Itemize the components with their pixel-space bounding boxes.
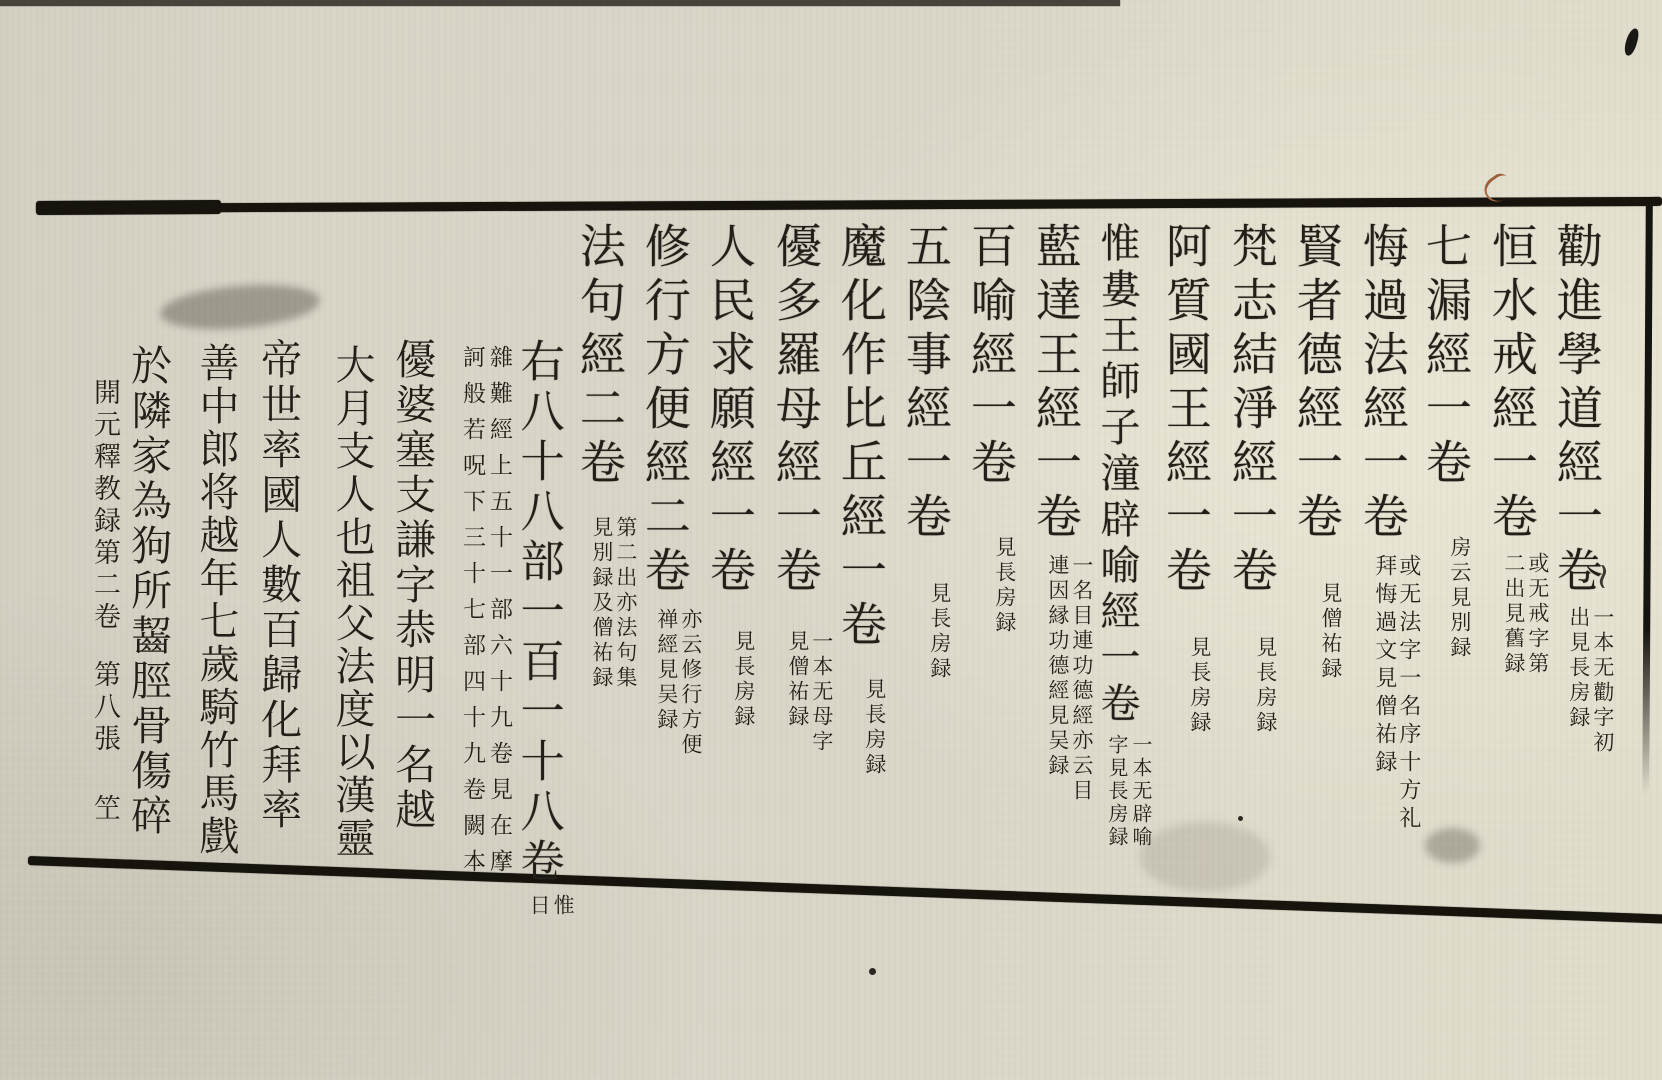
biography-col-4: 善中郎将越年七歲騎竹馬戲 (193, 342, 239, 858)
interlinear-note: 房云見別録 (1446, 536, 1470, 661)
sutra-title: 優多羅母經一卷 (769, 222, 823, 600)
interlinear-note: 見長房録 (1252, 636, 1276, 736)
biography-line: 於隣家為狗所齧脛骨傷碎 (124, 344, 172, 839)
entry-col-12: 魔化作比丘經一卷見長房録 (834, 222, 887, 778)
ink-speck (1238, 816, 1243, 821)
entry-col-4: 悔過法經一卷或无法字一名序十方礼拜悔過文見僧祐録 (1356, 222, 1419, 834)
summary-detail-line: 訶般若呪下三十七部四十九卷闕本 (458, 345, 485, 885)
sutra-title: 惟婁王師子潼辟喻經一卷 (1094, 222, 1140, 728)
biography-line: 帝世率國人數百歸化拜率 (254, 338, 302, 833)
interlinear-note: 見長房録 (926, 582, 950, 682)
interlinear-note: 惟日 (525, 894, 573, 919)
sutra-title: 五陰事經一卷 (899, 222, 953, 546)
entry-col-7: 阿質國王經一卷見長房録 (1159, 222, 1212, 736)
sutra-title: 勸進學道經一卷 (1550, 222, 1604, 600)
entry-col-5: 賢者德經一卷見僧祐録 (1290, 222, 1343, 682)
biography-line: 優婆塞支謙字恭明一名越 (388, 338, 436, 833)
sutra-title: 悔過法經一卷 (1356, 222, 1410, 546)
ink-smudge (158, 279, 321, 335)
frame-bottom-rule (28, 856, 1662, 924)
sutra-title: 百喻經一卷 (964, 222, 1018, 492)
interlinear-note: 一本无辟喻字見長房録 (1103, 734, 1151, 849)
entry-col-11: 五陰事經一卷見長房録 (899, 222, 952, 682)
biography-col-2: 大月支人也祖父法度以漢靈 (329, 344, 375, 860)
entry-col-9: 藍達王經一卷一名目連功德經亦云目連因縁功德經見吴録 (1029, 222, 1092, 804)
biography-col-3: 帝世率國人數百歸化拜率 (254, 338, 301, 833)
entry-col-2: 恒水戒經一卷或无戒字第二出見舊録 (1485, 222, 1548, 677)
colophon-mark: 笁 (89, 794, 120, 826)
sutra-title: 梵志結淨經一卷 (1225, 222, 1279, 600)
biography-col-5: 於隣家為狗所齧脛骨傷碎 (124, 344, 171, 839)
faint-smudge (1140, 822, 1270, 892)
sutra-title: 修行方便經二卷 (638, 222, 692, 600)
sutra-title: 法句經二卷 (573, 222, 627, 492)
sutra-title: 藍達王經一卷 (1029, 222, 1083, 546)
biography-line: 大月支人也祖父法度以漢靈 (329, 344, 375, 860)
manuscript-page: ~ 勸進學道經一卷一本无勸字初出見長房録 恒水戒經一卷或无戒字第二出見舊録 七漏… (0, 0, 1662, 1080)
biography-col-1: 優婆塞支謙字恭明一名越 (388, 338, 435, 833)
ink-speck (869, 968, 876, 975)
sutra-title: 七漏經一卷 (1419, 222, 1473, 492)
entry-col-15: 修行方便經二卷亦云修行方便禅經見吴録 (638, 222, 701, 758)
colophon-column: 開元釋教録第二卷第八張笁 (89, 378, 120, 826)
summary-column: 右八十八部一百一十八卷惟日 (512, 338, 573, 919)
entry-col-16: 法句經二卷第二出亦法句集見別録及僧祐録 (573, 222, 636, 691)
frame-top-rule (36, 197, 1662, 213)
interlinear-note: 見長房録 (991, 536, 1015, 636)
scan-top-edge (0, 0, 1120, 6)
frame-top-rule-left-blob (36, 200, 221, 215)
interlinear-note: 見長房録 (861, 678, 885, 778)
biography-line: 善中郎将越年七歲騎竹馬戲 (193, 342, 239, 858)
interlinear-note: 第二出亦法句集見別録及僧祐録 (588, 516, 636, 691)
sutra-title: 賢者德經一卷 (1290, 222, 1344, 546)
entry-col-14: 人民求願經一卷見長房録 (703, 222, 756, 730)
entry-col-10: 百喻經一卷見長房録 (964, 222, 1017, 636)
entry-col-6: 梵志結淨經一卷見長房録 (1225, 222, 1278, 736)
sutra-title: 恒水戒經一卷 (1485, 222, 1539, 546)
interlinear-note: 見僧祐録 (1317, 582, 1341, 682)
interlinear-note: 一本无勸字初出見長房録 (1565, 606, 1613, 756)
entry-col-1: 勸進學道經一卷一本无勸字初出見長房録 (1550, 222, 1613, 756)
summary-detail-column: 雜難經上五十一部六十九卷見在摩訶般若呪下三十七部四十九卷闕本 (458, 345, 512, 885)
interlinear-note: 見長房録 (730, 630, 754, 730)
colophon-sheet: 第八張 (89, 660, 120, 756)
interlinear-note: 一本无母字見僧祐録 (784, 630, 832, 755)
entry-col-13: 優多羅母經一卷一本无母字見僧祐録 (769, 222, 832, 755)
faint-smudge (1425, 828, 1480, 863)
interlinear-note: 一名目連功德經亦云目連因縁功德經見吴録 (1044, 554, 1092, 804)
entry-col-8: 惟婁王師子潼辟喻經一卷一本无辟喻字見長房録 (1094, 222, 1151, 849)
frame-right-rule (1642, 205, 1653, 795)
interlinear-note: 亦云修行方便禅經見吴録 (653, 608, 701, 758)
interlinear-note: 或无戒字第二出見舊録 (1500, 552, 1548, 677)
sutra-title: 魔化作比丘經一卷 (834, 222, 888, 654)
summary-detail-line: 雜難經上五十一部六十九卷見在摩 (485, 345, 512, 885)
interlinear-note: 或无法字一名序十方礼拜悔過文見僧祐録 (1371, 554, 1419, 834)
sutra-title: 人民求願經一卷 (703, 222, 757, 600)
interlinear-note: 見長房録 (1186, 636, 1210, 736)
pen-mark (1623, 27, 1640, 57)
colophon-title: 開元釋教録第二卷 (89, 378, 120, 634)
summary-total: 右八十八部一百一十八卷 (513, 338, 564, 888)
entry-col-3: 七漏經一卷房云見別録 (1419, 222, 1472, 661)
sutra-title: 阿質國王經一卷 (1159, 222, 1213, 600)
